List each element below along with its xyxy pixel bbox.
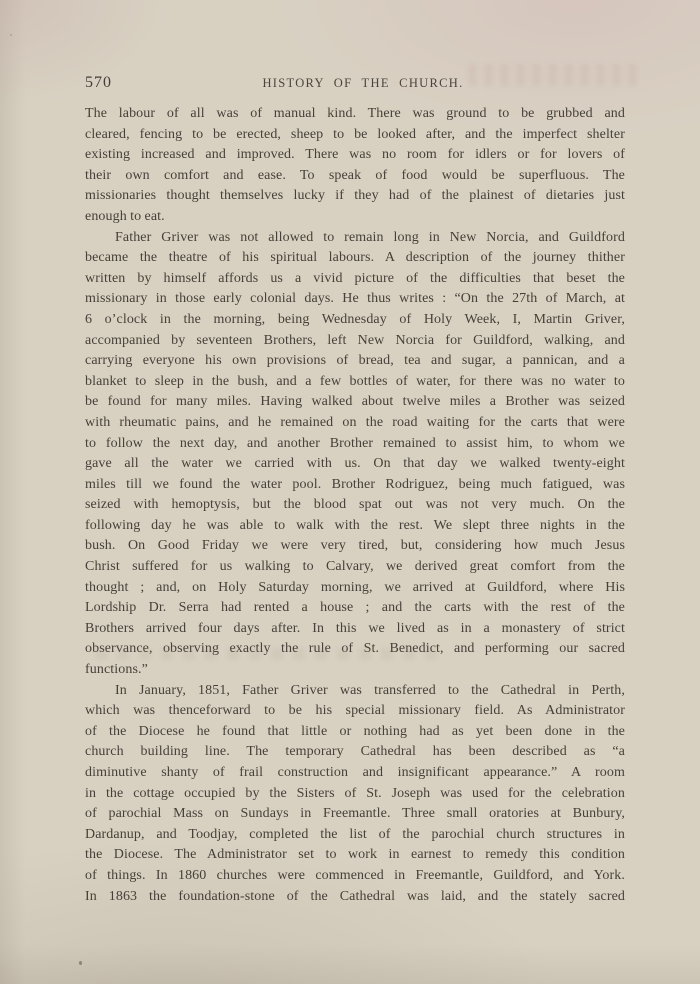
text-line: with rheumatic pains, and he remained on… [85, 413, 625, 434]
paragraph: The labour of all was of manual kind. Th… [85, 104, 625, 228]
text-line: miles till we found the water pool. Brot… [85, 475, 625, 496]
text-line: missionary in those early colonial days.… [85, 289, 625, 310]
text-line: The labour of all was of manual kind. Th… [85, 104, 625, 125]
text-line: their own comfort and ease. To speak of … [85, 166, 625, 187]
page-header: 570 HISTORY OF THE CHURCH. [85, 74, 625, 94]
text-line: which was thenceforward to be his specia… [85, 701, 625, 722]
page-body: The labour of all was of manual kind. Th… [85, 104, 625, 907]
scan-speck [10, 34, 12, 36]
text-line: bush. On Good Friday we were very tired,… [85, 536, 625, 557]
text-line: Lordship Dr. Serra had rented a house ; … [85, 598, 625, 619]
text-line: functions.” [85, 660, 625, 681]
text-line: In 1863 the foundation-stone of the Cath… [85, 887, 625, 908]
text-line: written by himself affords us a vivid pi… [85, 269, 625, 290]
text-line: in the cottage occupied by the Sisters o… [85, 784, 625, 805]
text-line: the Diocese. The Administrator set to wo… [85, 845, 625, 866]
text-line: Christ suffered for us walking to Calvar… [85, 557, 625, 578]
text-line: cleared, fencing to be erected, sheep to… [85, 125, 625, 146]
text-line: became the theatre of his spiritual labo… [85, 248, 625, 269]
text-line: of things. In 1860 churches were commenc… [85, 866, 625, 887]
text-line: gave all the water we carried with us. O… [85, 454, 625, 475]
text-line: of parochial Mass on Sundays in Freemant… [85, 804, 625, 825]
text-line: carrying everyone his own provisions of … [85, 351, 625, 372]
scan-speck [79, 961, 82, 965]
scanned-book-page: { "page": { "number": "570", "running_ti… [0, 0, 700, 984]
paragraph: Father Griver was not allowed to remain … [85, 228, 625, 681]
text-line: diminutive shanty of frail construction … [85, 763, 625, 784]
text-line: thought ; and, on Holy Saturday morning,… [85, 578, 625, 599]
text-line: seized with hemoptysis, but the blood sp… [85, 495, 625, 516]
text-line: church building line. The temporary Cath… [85, 742, 625, 763]
text-line: following day he was able to walk with t… [85, 516, 625, 537]
text-line: 6 o’clock in the morning, being Wednesda… [85, 310, 625, 331]
text-line: observance, observing exactly the rule o… [85, 639, 625, 660]
text-line: Father Griver was not allowed to remain … [85, 228, 625, 249]
text-line: Brothers arrived four days after. In thi… [85, 619, 625, 640]
running-title: HISTORY OF THE CHURCH. [93, 74, 633, 91]
text-line: missionaries thought themselves lucky if… [85, 186, 625, 207]
text-line: In January, 1851, Father Griver was tran… [85, 681, 625, 702]
paragraph: In January, 1851, Father Griver was tran… [85, 681, 625, 908]
text-line: enough to eat. [85, 207, 625, 228]
text-line: blanket to sleep in the bush, and a few … [85, 372, 625, 393]
text-line: of the Diocese he found that little or n… [85, 722, 625, 743]
text-line: existing increased and improved. There w… [85, 145, 625, 166]
text-line: Dardanup, and Toodjay, completed the lis… [85, 825, 625, 846]
text-line: be found for many miles. Having walked a… [85, 392, 625, 413]
text-line: to follow the next day, and another Brot… [85, 434, 625, 455]
text-line: accompanied by seventeen Brothers, left … [85, 331, 625, 352]
